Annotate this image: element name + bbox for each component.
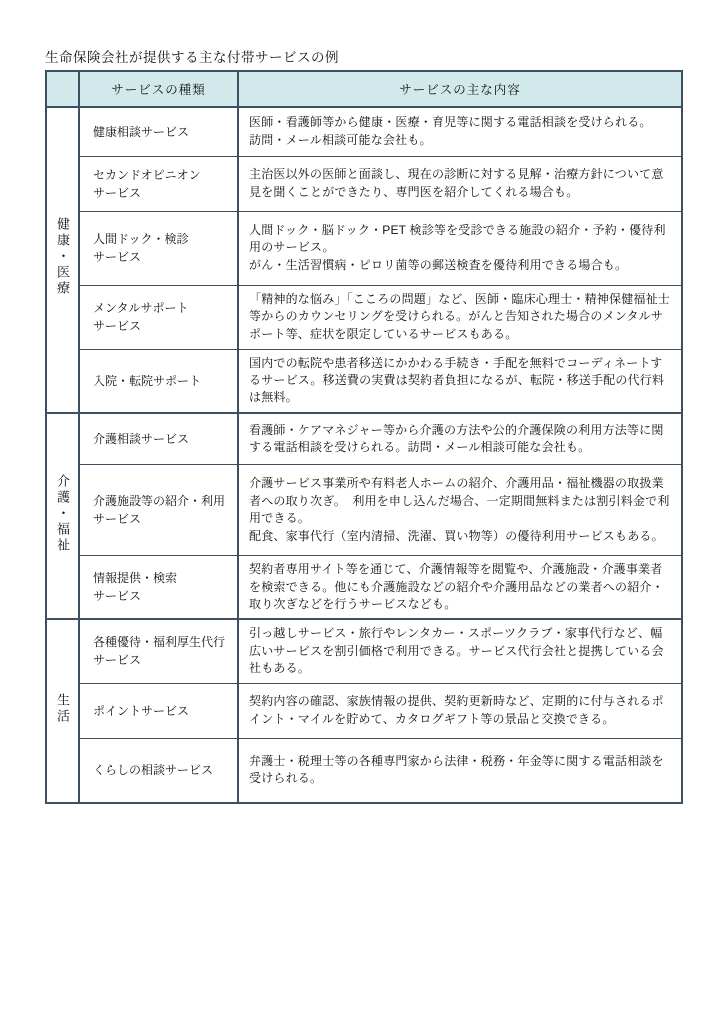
service-content-cell: 「精神的な悩み」「こころの問題」など、医師・臨床心理士・精神保健福祉士等からのカ… <box>238 285 682 349</box>
table-row: 生活 各種優待・福利厚生代行 サービス 引っ越しサービス・旅行やレンタカー・スポ… <box>46 619 682 683</box>
service-content-cell: 引っ越しサービス・旅行やレンタカー・スポーツクラブ・家事代行など、幅広いサービス… <box>238 619 682 683</box>
service-content-cell: 契約者専用サイト等を通じて、介護情報等を閲覧や、介護施設・介護事業者を検索できる… <box>238 556 682 620</box>
service-type-cell: くらしの相談サービス <box>79 738 238 803</box>
group-label-health-medical: 健康・医療 <box>46 107 79 413</box>
header-corner-cell <box>46 71 79 107</box>
services-table: サービスの種類 サービスの主な内容 健康・医療 健康相談サービス 医師・看護師等… <box>45 70 683 804</box>
service-type-cell: 健康相談サービス <box>79 107 238 156</box>
service-content-cell: 弁護士・税理士等の各種専門家から法律・税務・年金等に関する電話相談を受けられる。 <box>238 738 682 803</box>
group-label-care-welfare: 介護・福祉 <box>46 413 79 620</box>
table-row: 健康・医療 健康相談サービス 医師・看護師等から健康・医療・育児等に関する電話相… <box>46 107 682 156</box>
table-row: 介護・福祉 介護相談サービス 看護師・ケアマネジャー等から介護の方法や公的介護保… <box>46 413 682 465</box>
service-content-cell: 主治医以外の医師と面談し、現在の診断に対する見解・治療方針について意見を聞くこと… <box>238 156 682 211</box>
table-header-row: サービスの種類 サービスの主な内容 <box>46 71 682 107</box>
service-type-cell: セカンドオピニオン サービス <box>79 156 238 211</box>
table-row: メンタルサポート サービス 「精神的な悩み」「こころの問題」など、医師・臨床心理… <box>46 285 682 349</box>
group-label-daily-life: 生活 <box>46 619 79 803</box>
table-row: 介護施設等の紹介・利用 サービス 介護サービス事業所や有料老人ホームの紹介、介護… <box>46 465 682 556</box>
group-label-text: 介護・福祉 <box>56 474 69 554</box>
service-type-cell: ポイントサービス <box>79 683 238 738</box>
service-type-cell: 各種優待・福利厚生代行 サービス <box>79 619 238 683</box>
table-row: 入院・転院サポート 国内での転院や患者移送にかかわる手続き・手配を無料でコーディ… <box>46 349 682 413</box>
service-type-cell: メンタルサポート サービス <box>79 285 238 349</box>
header-cell-service-type: サービスの種類 <box>79 71 238 107</box>
table-row: 人間ドック・検診 サービス 人間ドック・脳ドック・PET 検診等を受診できる施設… <box>46 211 682 285</box>
table-row: ポイントサービス 契約内容の確認、家族情報の提供、契約更新時など、定期的に付与さ… <box>46 683 682 738</box>
group-label-text: 健康・医療 <box>56 217 69 297</box>
service-type-cell: 介護相談サービス <box>79 413 238 465</box>
service-content-cell: 契約内容の確認、家族情報の提供、契約更新時など、定期的に付与されるポイント・マイ… <box>238 683 682 738</box>
service-type-cell: 介護施設等の紹介・利用 サービス <box>79 465 238 556</box>
page-title: 生命保険会社が提供する主な付帯サービスの例 <box>45 46 339 66</box>
table-row: くらしの相談サービス 弁護士・税理士等の各種専門家から法律・税務・年金等に関する… <box>46 738 682 803</box>
group-label-text: 生活 <box>56 693 69 725</box>
service-content-cell: 看護師・ケアマネジャー等から介護の方法や公的介護保険の利用方法等に関する電話相談… <box>238 413 682 465</box>
header-cell-service-content: サービスの主な内容 <box>238 71 682 107</box>
service-type-cell: 情報提供・検索 サービス <box>79 556 238 620</box>
table-row: 情報提供・検索 サービス 契約者専用サイト等を通じて、介護情報等を閲覧や、介護施… <box>46 556 682 620</box>
table-row: セカンドオピニオン サービス 主治医以外の医師と面談し、現在の診断に対する見解・… <box>46 156 682 211</box>
service-type-cell: 人間ドック・検診 サービス <box>79 211 238 285</box>
document-page: 生命保険会社が提供する主な付帯サービスの例 サービスの種類 サービスの主な内容 … <box>0 0 724 1024</box>
service-content-cell: 医師・看護師等から健康・医療・育児等に関する電話相談を受けられる。 訪問・メール… <box>238 107 682 156</box>
service-content-cell: 人間ドック・脳ドック・PET 検診等を受診できる施設の紹介・予約・優待利用のサー… <box>238 211 682 285</box>
service-type-cell: 入院・転院サポート <box>79 349 238 413</box>
service-content-cell: 国内での転院や患者移送にかかわる手続き・手配を無料でコーディネートするサービス。… <box>238 349 682 413</box>
service-content-cell: 介護サービス事業所や有料老人ホームの紹介、介護用品・福祉機器の取扱業者への取り次… <box>238 465 682 556</box>
